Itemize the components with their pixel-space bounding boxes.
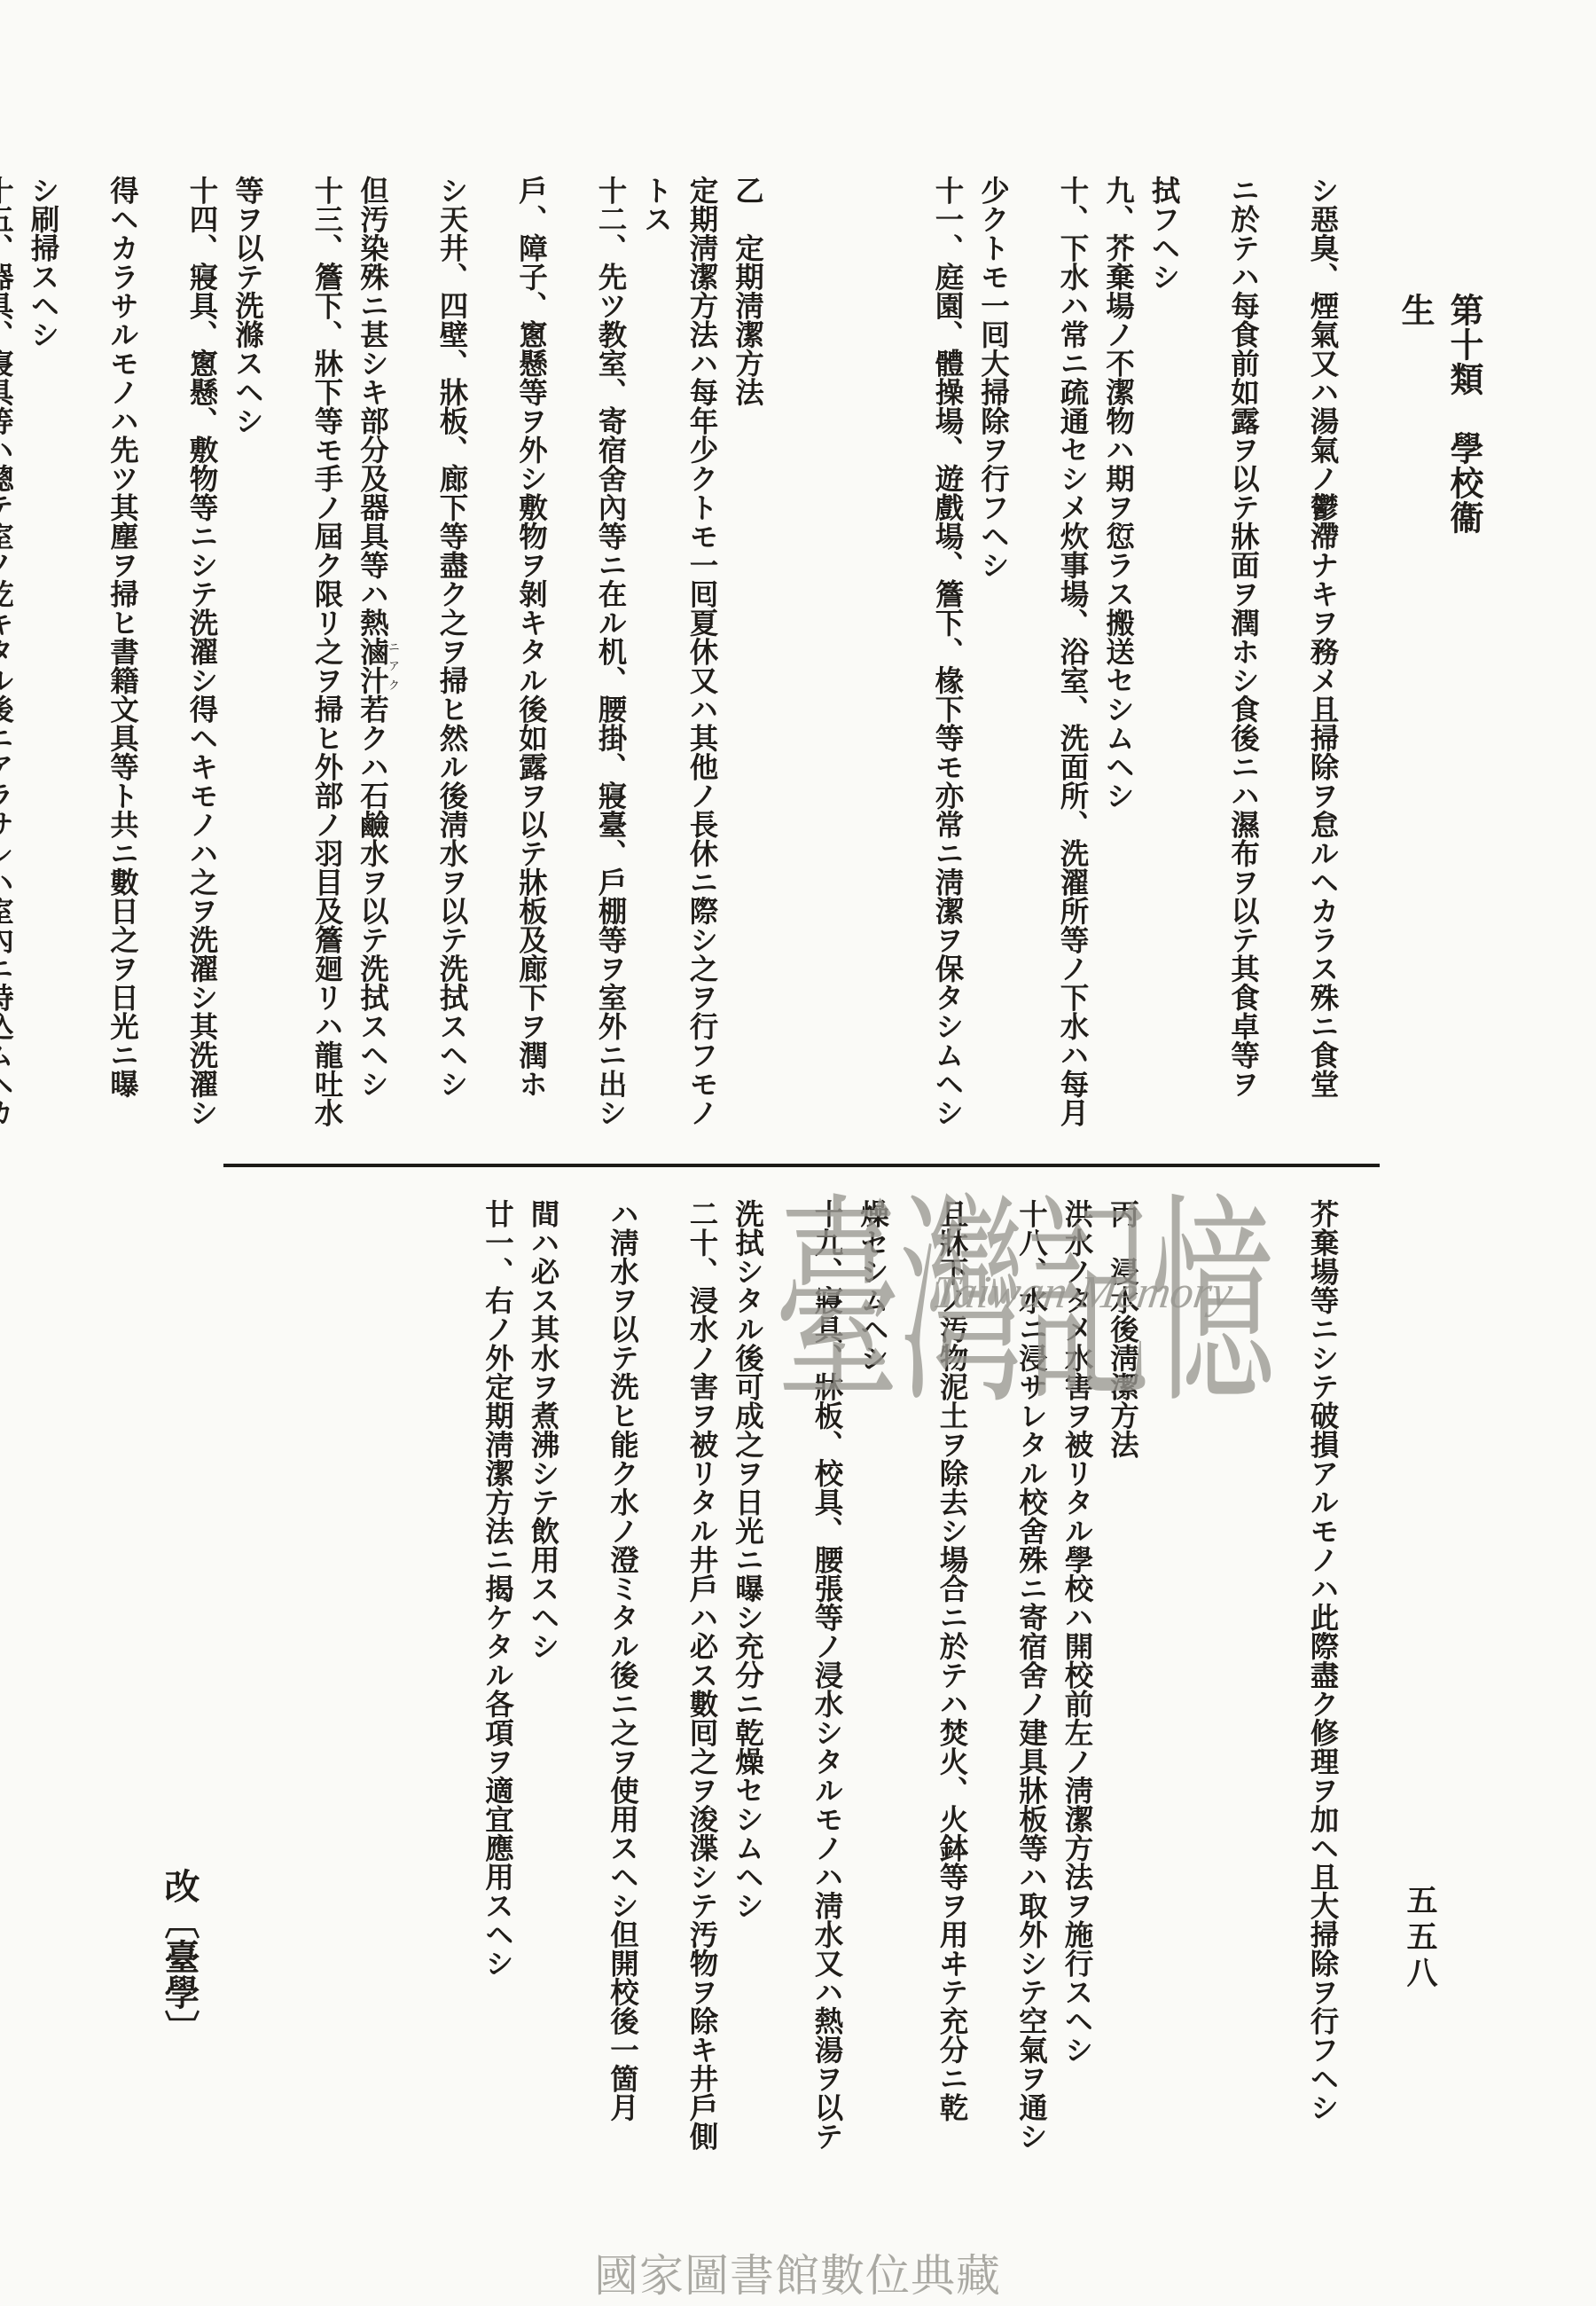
text-column: 十八、水ニ浸サレタル校舍殊ニ寄宿舍ノ建具牀板等ハ取外シテ空氣ヲ通シ: [1007, 1199, 1053, 2217]
library-caption: 國家圖書館數位典藏: [594, 2240, 1001, 2304]
text-column: 洗拭シタル後可成之ヲ日光ニ曝シ充分ニ乾燥セシムヘシ: [724, 1199, 803, 2217]
text-column: 十一、庭園、體操場、遊戲場、簷下、椽下等モ亦常ニ淸潔ヲ保タシムヘシ: [924, 176, 970, 1167]
text-column: 且牀下ノ汚物泥土ヲ除去シ場合ニ於テハ焚火、火鉢等ヲ用ヰテ充分ニ乾: [928, 1199, 1008, 2217]
text-column: 十、下水ハ常ニ疏通セシメ炊事場、浴室、洗面所、洗濯所等ノ下水ハ每月: [1049, 176, 1095, 1167]
text-column: 定期淸潔方法ハ每年少クトモ一囘夏休又ハ其他ノ長休ニ際シ之ヲ行フモノ: [678, 176, 724, 1167]
text-column: 乙 定期淸潔方法: [724, 176, 924, 1167]
text-column: 洪水ノタメ水害ヲ被リタル學校ハ開校前左ノ淸潔方法ヲ施行スヘシ: [1053, 1199, 1099, 2217]
text-column: シ惡臭、煙氣又ハ湯氣ノ鬱滯ナキヲ務メ且掃除ヲ怠ルヘカラス殊ニ食堂: [1299, 176, 1379, 1167]
page-scan: { "page": { "header": "第十類 學校衞生", "page_…: [0, 0, 1596, 2306]
text-column: 得ヘカラサルモノハ先ツ其塵ヲ掃ヒ書籍文具等ト共ニ數日之ヲ日光ニ曝: [98, 176, 178, 1167]
text-column: 燥セシムヘシ: [849, 1199, 928, 2217]
text-column: 十二、先ツ教室、寄宿舍內等ニ在ル机、腰掛、寢臺、戶棚等ヲ室外ニ出シ: [587, 176, 633, 1167]
glossed-word: 滷汁ニアク: [356, 637, 388, 694]
text-column: 九、芥棄場ノ不潔物ハ期ヲ愆ラス搬送セシムヘシ: [1094, 176, 1140, 1167]
text-column: 少クトモ一囘大掃除ヲ行フヘシ: [969, 176, 1049, 1167]
text-column: トス: [632, 176, 678, 1167]
text-column: 等ヲ以テ洗滌スヘシ: [223, 176, 303, 1167]
text-column: ハ淸水ヲ以テ洗ヒ能ク水ノ澄ミタル後ニ之ヲ使用スヘシ但開校後一箇月: [598, 1199, 678, 2217]
text-column: シ天井、四壁、牀板、廊下等盡ク之ヲ掃ヒ然ル後淸水ヲ以テ洗拭スヘシ: [428, 176, 508, 1167]
text-column: 十五、器具、寢具等ハ總テ室ノ乾キタル後ニアラサレハ室內ニ持込ムヘカ: [0, 176, 20, 1167]
text-column: 十四、寢具、窻懸、敷物等ニシテ洗濯シ得ヘキモノハ之ヲ洗濯シ其洗濯シ: [178, 176, 224, 1167]
text-column: 廿一、右ノ外定期淸潔方法ニ揭ケタル各項ヲ適宜應用スヘシ: [473, 1199, 520, 2217]
text-column: 十三、簷下、牀下等モ手ノ屆ク限リ之ヲ掃ヒ外部ノ羽目及簷廻リハ龍吐水: [303, 176, 349, 1167]
text-column: 丙 浸水後淸潔方法: [1099, 1199, 1299, 2217]
volume-marker: 改〔臺學〕: [154, 1868, 205, 2081]
text-column: 戶、障子、窻懸等ヲ外シ敷物ヲ剝キタル後如露ヲ以テ牀板及廊下ヲ潤ホ: [507, 176, 587, 1167]
text-column: 但汚染殊ニ甚シキ部分及器具等ハ熱滷汁ニアク若クハ石鹼水ヲ以テ洗拭スヘシ: [348, 176, 428, 1167]
text-column: 拭フヘシ: [1140, 176, 1220, 1167]
bottom-text-band: 芥棄場等ニシテ破損アルモノハ此際盡ク修理ヲ加ヘ且大掃除ヲ行フヘシ丙 浸水後淸潔方…: [473, 1199, 1378, 2217]
top-text-band: シ惡臭、煙氣又ハ湯氣ノ鬱滯ナキヲ務メ且掃除ヲ怠ルヘカラス殊ニ食堂ニ於テハ每食前如…: [0, 176, 1378, 1167]
text-column: シ刷掃スヘシ: [20, 176, 99, 1167]
text-column: ニ於テハ每食前如露ヲ以テ牀面ヲ潤ホシ食後ニハ濕布ヲ以テ其食卓等ヲ: [1219, 176, 1299, 1167]
text-column: 二十、浸水ノ害ヲ被リタル井戶ハ必ス數囘之ヲ浚渫シテ汚物ヲ除キ井戶側: [678, 1199, 724, 2217]
band-divider-rule: [223, 1164, 1380, 1167]
text-column: 十九、寢具、牀板、校具、腰張等ノ浸水シタルモノハ淸水又ハ熱湯ヲ以テ: [803, 1199, 849, 2217]
section-header: 第十類 學校衞生: [1390, 293, 1488, 559]
page-number: 五五八: [1397, 1884, 1442, 2079]
text-column: 間ハ必ス其水ヲ煮沸シテ飲用スヘシ: [520, 1199, 599, 2217]
text-column: 芥棄場等ニシテ破損アルモノハ此際盡ク修理ヲ加ヘ且大掃除ヲ行フヘシ: [1299, 1199, 1379, 2217]
